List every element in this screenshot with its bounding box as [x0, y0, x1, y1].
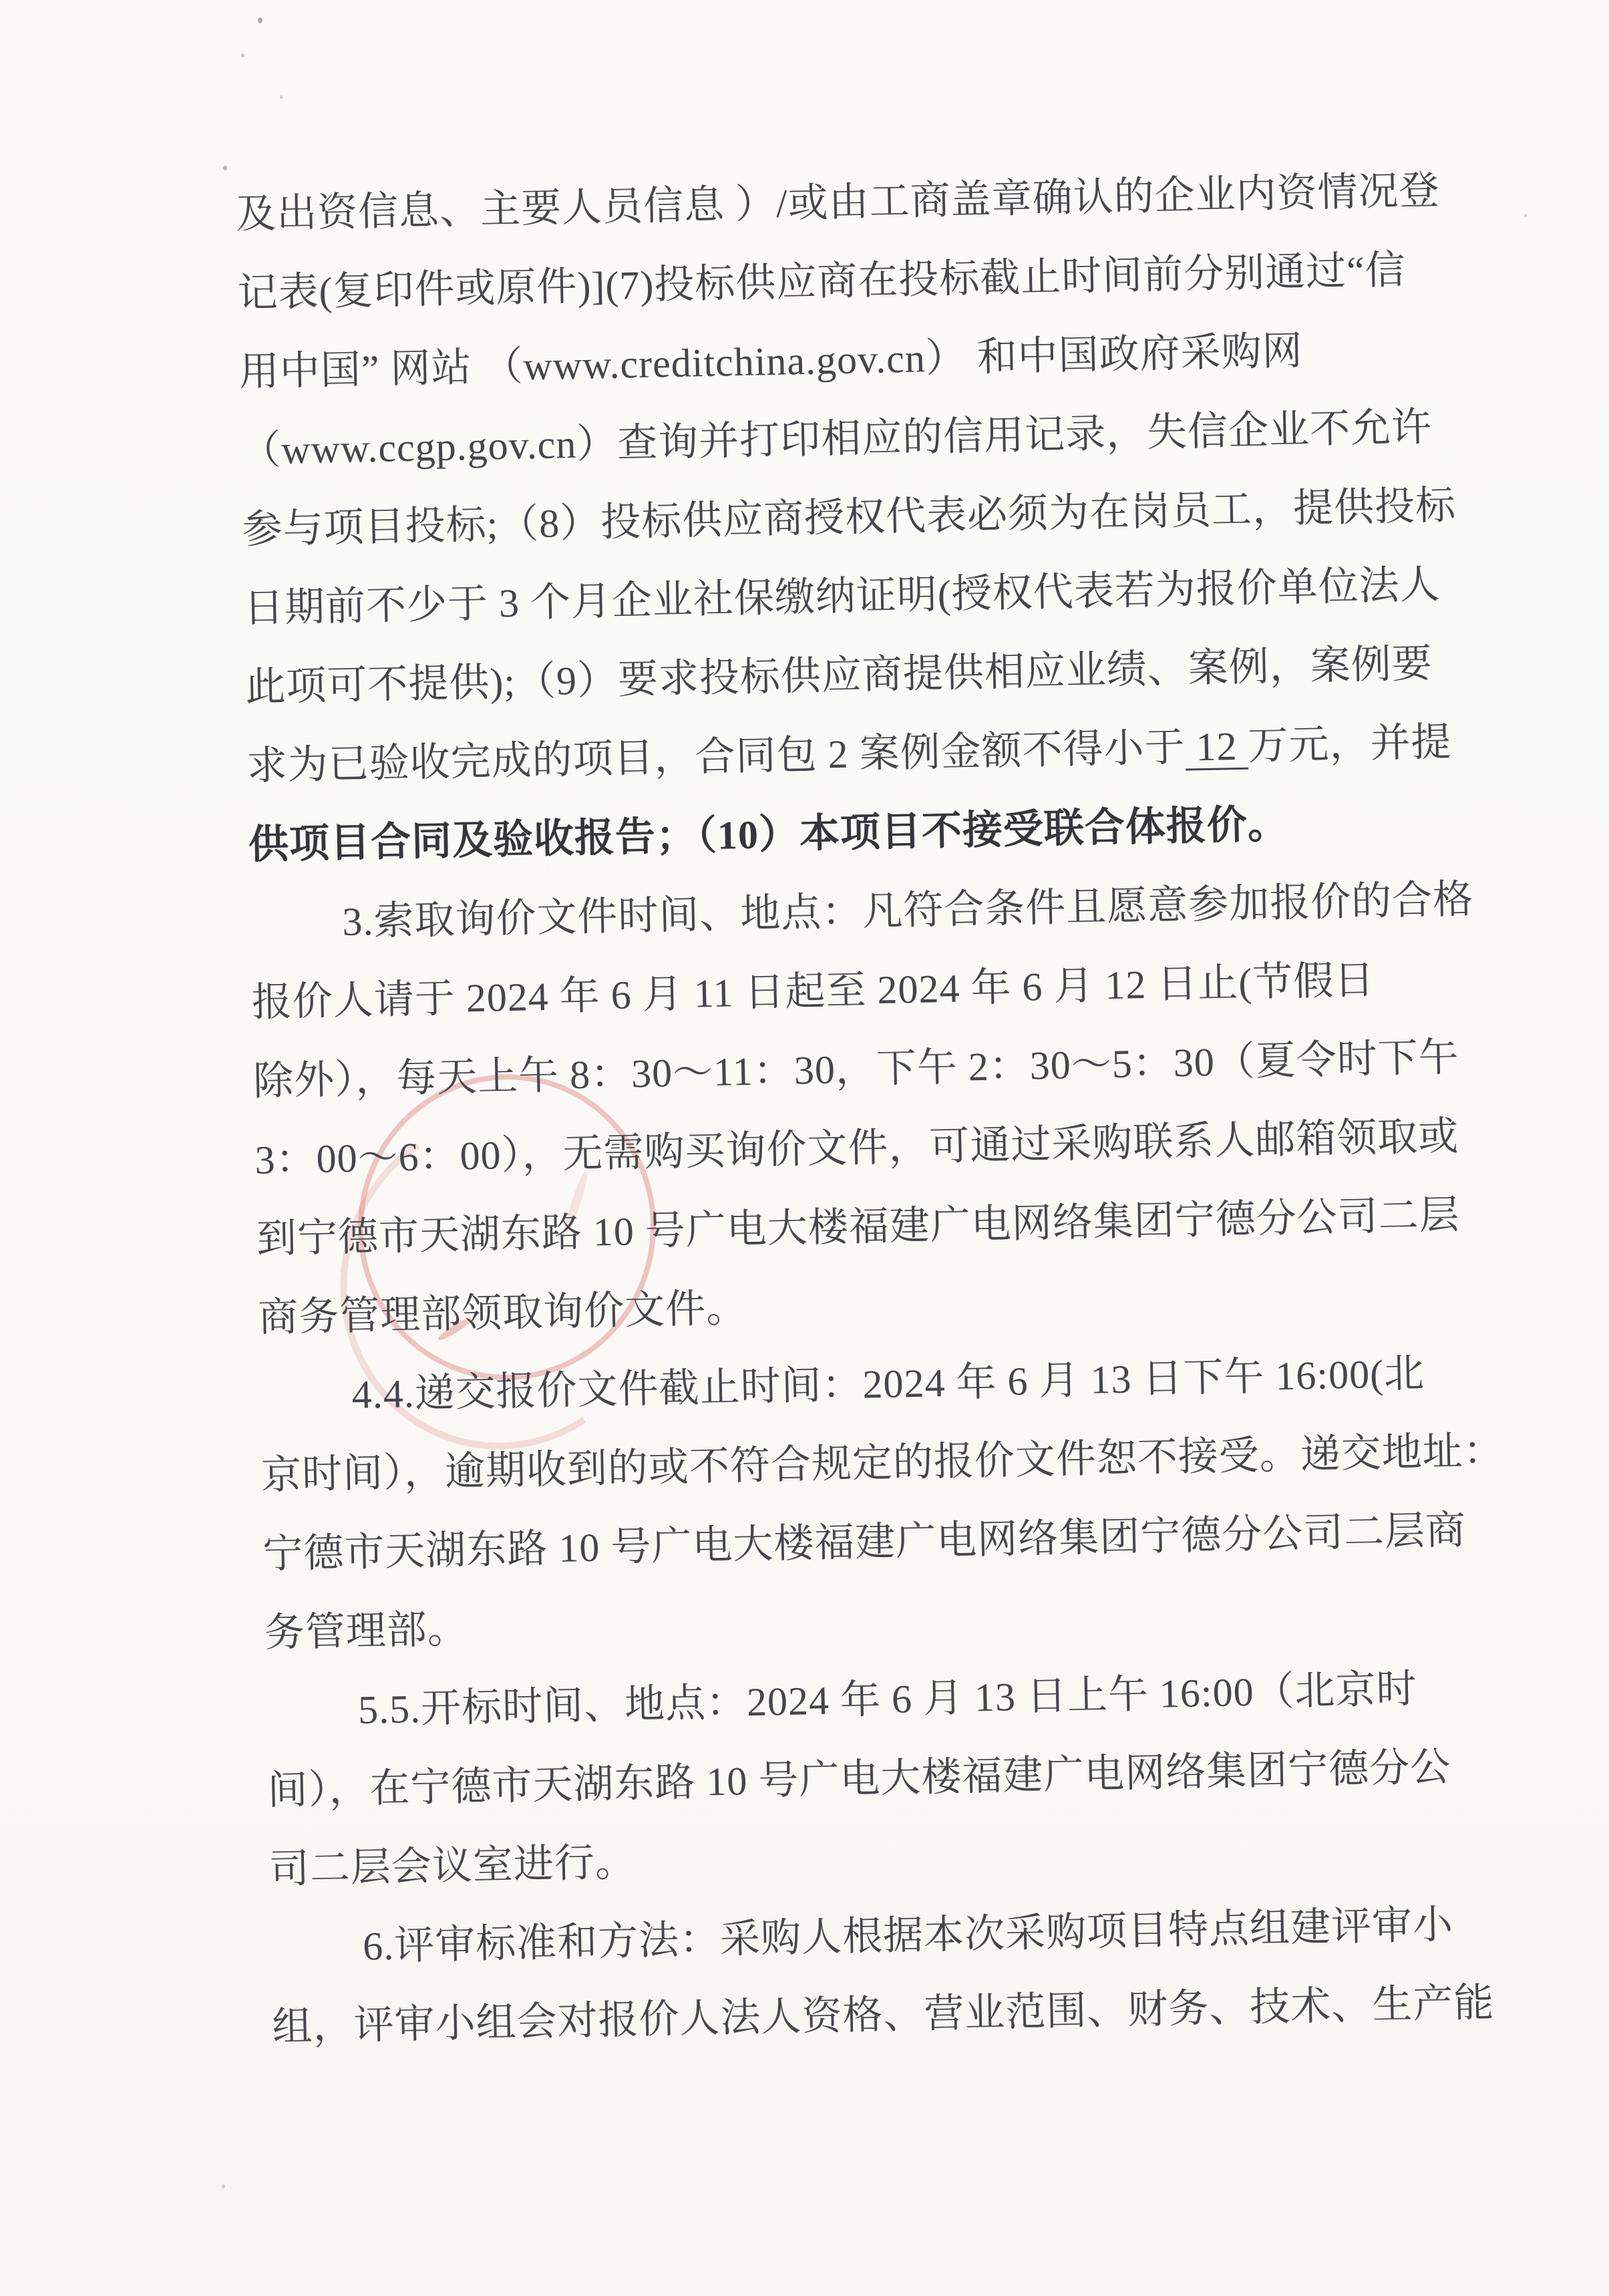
- underlined-amount: 12: [1185, 724, 1248, 770]
- text-segment: 万元，并提: [1248, 720, 1452, 768]
- scan-noise-speck: [258, 17, 262, 23]
- scan-noise-speck: [241, 53, 244, 57]
- scanned-document-page: 及出资信息、主要人员信息 ）/或由工商盖章确认的企业内资情况登 记表(复印件或原…: [0, 0, 1609, 2296]
- scan-noise-speck: [223, 166, 227, 170]
- scan-noise-speck: [222, 2184, 225, 2188]
- document-text-block: 及出资信息、主要人员信息 ）/或由工商盖章确认的企业内资情况登 记表(复印件或原…: [235, 151, 1468, 2066]
- text-segment: 求为已验收完成的项目，合同包 2 案例金额不得小于: [246, 725, 1186, 788]
- scan-noise-speck: [280, 96, 283, 99]
- scan-noise-speck: [1524, 214, 1527, 217]
